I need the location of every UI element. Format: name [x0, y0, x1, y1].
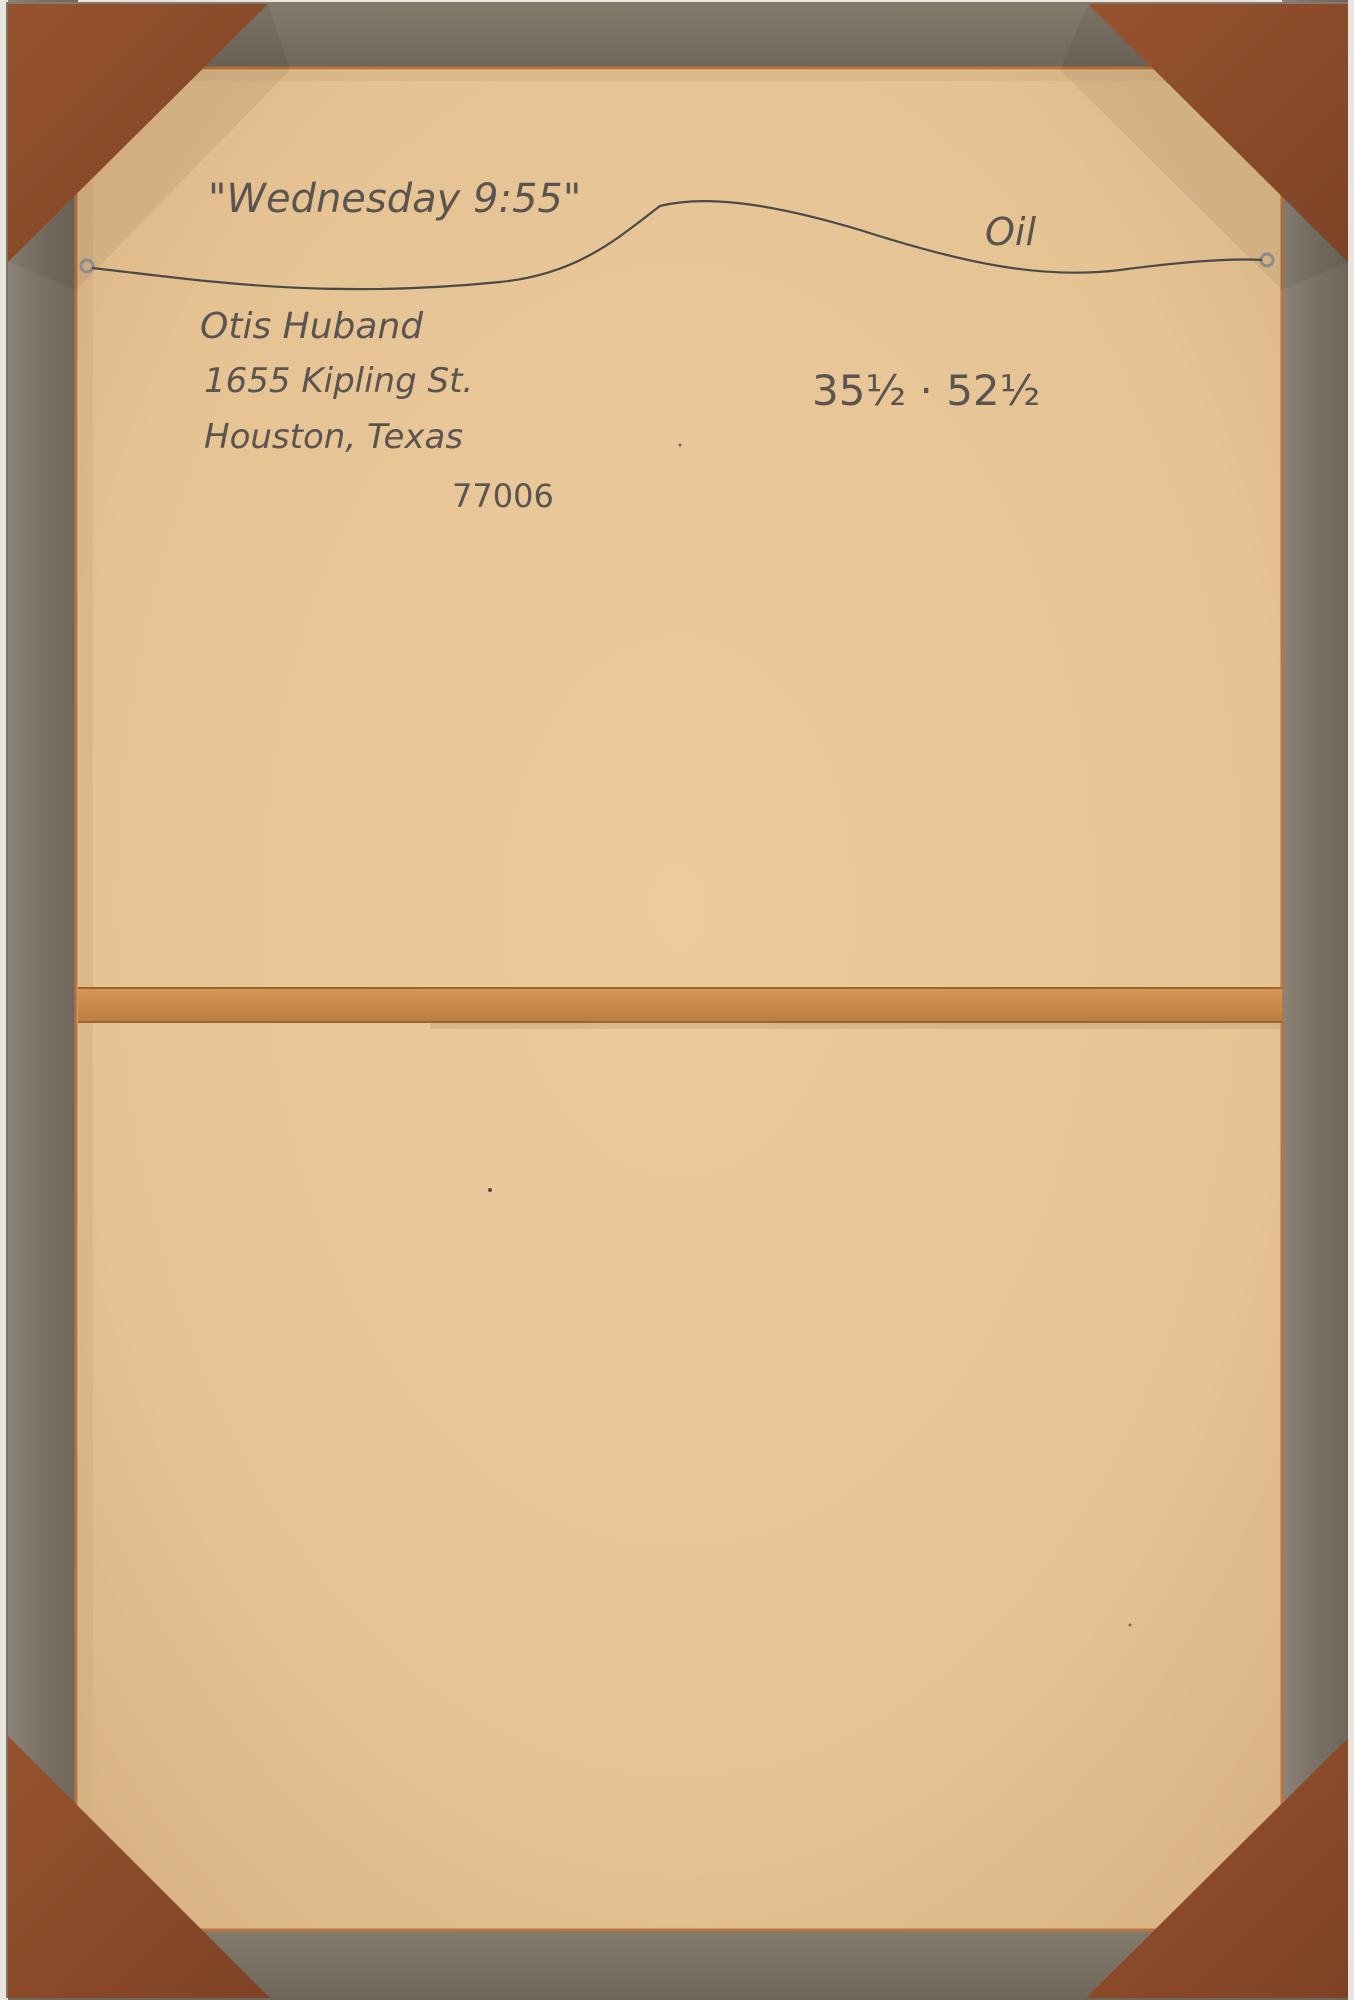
address-line2-inscription: Houston, Texas — [204, 417, 463, 457]
address-line1-inscription: 1655 Kipling St. — [204, 361, 473, 401]
dimensions-inscription: 35½ · 52½ — [812, 366, 1040, 415]
artist-name-inscription: Otis Huband — [200, 306, 424, 347]
painting-back-illustration: "Wednesday 9:55" Oil Otis Huband 1655 Ki… — [0, 0, 1354, 2000]
medium-inscription: Oil — [985, 210, 1036, 254]
title-inscription: "Wednesday 9:55" — [208, 176, 581, 222]
painting-back: "Wednesday 9:55" Oil Otis Huband 1655 Ki… — [0, 0, 1354, 2000]
zip-inscription: 77006 — [452, 477, 554, 515]
crossbar — [78, 987, 1282, 1029]
